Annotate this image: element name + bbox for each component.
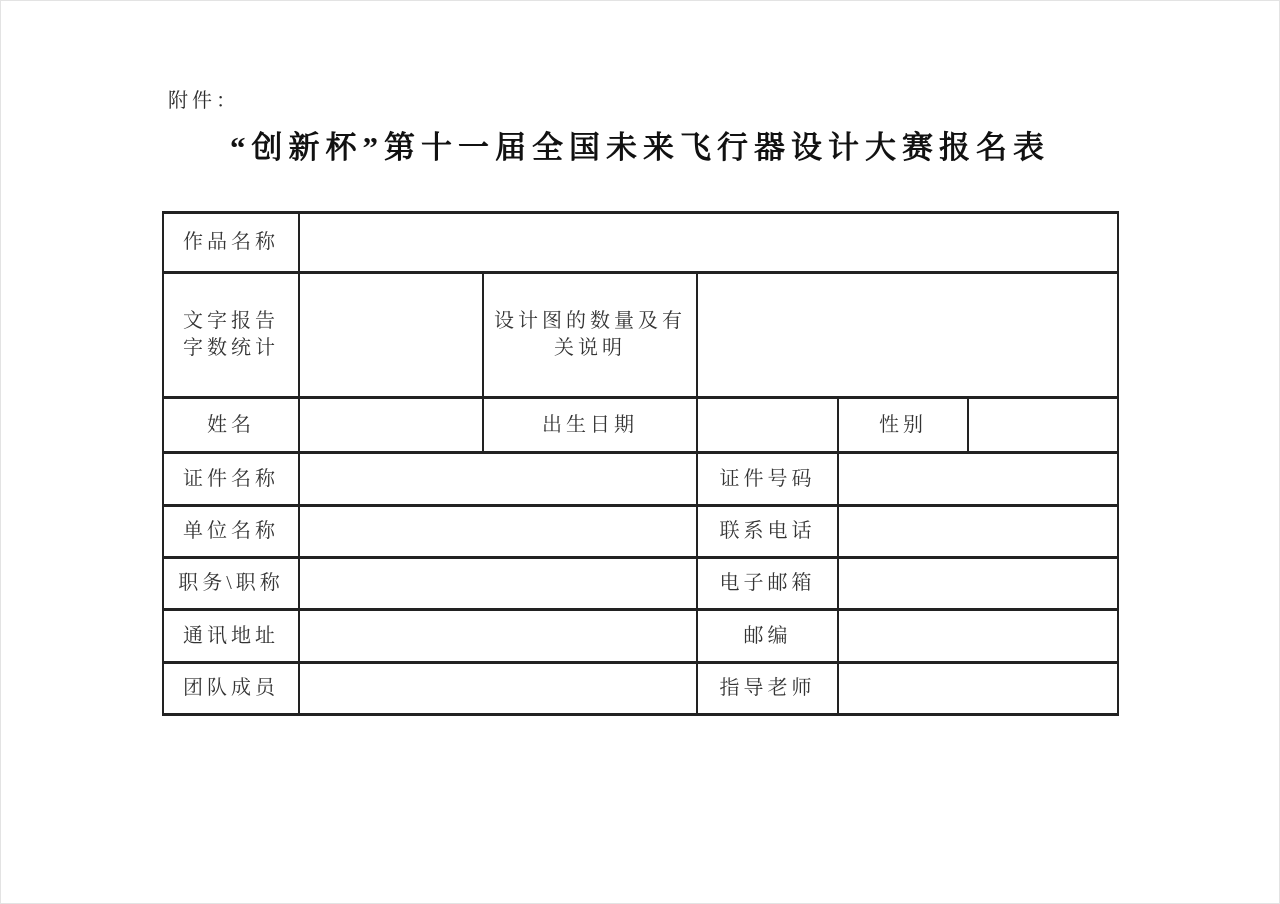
id-type-label: 证件名称 bbox=[163, 453, 299, 506]
address-input-cell[interactable] bbox=[299, 610, 697, 663]
position-title-label: 职务\职称 bbox=[163, 558, 299, 610]
registration-form-table: 作品名称 文字报告 字数统计 设计图的数量及有 关说明 姓名 出生日期 性别 证… bbox=[162, 211, 1119, 716]
table-row: 作品名称 bbox=[163, 213, 1118, 273]
postal-code-label: 邮编 bbox=[697, 610, 838, 663]
advisor-input-cell[interactable] bbox=[838, 663, 1118, 715]
table-row: 证件名称 证件号码 bbox=[163, 453, 1118, 506]
birth-date-input-cell[interactable] bbox=[697, 398, 838, 453]
id-type-input-cell[interactable] bbox=[299, 453, 697, 506]
gender-input-cell[interactable] bbox=[968, 398, 1118, 453]
word-count-input-cell[interactable] bbox=[299, 273, 483, 398]
page-title: “创新杯”第十一届全国未来飞行器设计大赛报名表 bbox=[0, 122, 1280, 167]
work-name-input-cell[interactable] bbox=[299, 213, 1118, 273]
advisor-label: 指导老师 bbox=[697, 663, 838, 715]
table-row: 单位名称 联系电话 bbox=[163, 506, 1118, 558]
birth-date-label: 出生日期 bbox=[483, 398, 697, 453]
work-name-label: 作品名称 bbox=[163, 213, 299, 273]
phone-input-cell[interactable] bbox=[838, 506, 1118, 558]
id-number-label: 证件号码 bbox=[697, 453, 838, 506]
id-number-input-cell[interactable] bbox=[838, 453, 1118, 506]
postal-code-input-cell[interactable] bbox=[838, 610, 1118, 663]
address-label: 通讯地址 bbox=[163, 610, 299, 663]
table-row: 团队成员 指导老师 bbox=[163, 663, 1118, 715]
team-members-label: 团队成员 bbox=[163, 663, 299, 715]
word-count-label: 文字报告 字数统计 bbox=[163, 273, 299, 398]
design-drawings-label: 设计图的数量及有 关说明 bbox=[483, 273, 697, 398]
table-row: 通讯地址 邮编 bbox=[163, 610, 1118, 663]
name-input-cell[interactable] bbox=[299, 398, 483, 453]
organization-label: 单位名称 bbox=[163, 506, 299, 558]
gender-label: 性别 bbox=[838, 398, 968, 453]
phone-label: 联系电话 bbox=[697, 506, 838, 558]
team-members-input-cell[interactable] bbox=[299, 663, 697, 715]
table-row: 文字报告 字数统计 设计图的数量及有 关说明 bbox=[163, 273, 1118, 398]
table-row: 职务\职称 电子邮箱 bbox=[163, 558, 1118, 610]
attachment-note: 附件： bbox=[168, 84, 240, 113]
name-label: 姓名 bbox=[163, 398, 299, 453]
email-input-cell[interactable] bbox=[838, 558, 1118, 610]
email-label: 电子邮箱 bbox=[697, 558, 838, 610]
document-page: 附件： “创新杯”第十一届全国未来飞行器设计大赛报名表 作品名称 文字报告 字数… bbox=[0, 0, 1280, 904]
organization-input-cell[interactable] bbox=[299, 506, 697, 558]
design-drawings-input-cell[interactable] bbox=[697, 273, 1118, 398]
position-title-input-cell[interactable] bbox=[299, 558, 697, 610]
table-row: 姓名 出生日期 性别 bbox=[163, 398, 1118, 453]
